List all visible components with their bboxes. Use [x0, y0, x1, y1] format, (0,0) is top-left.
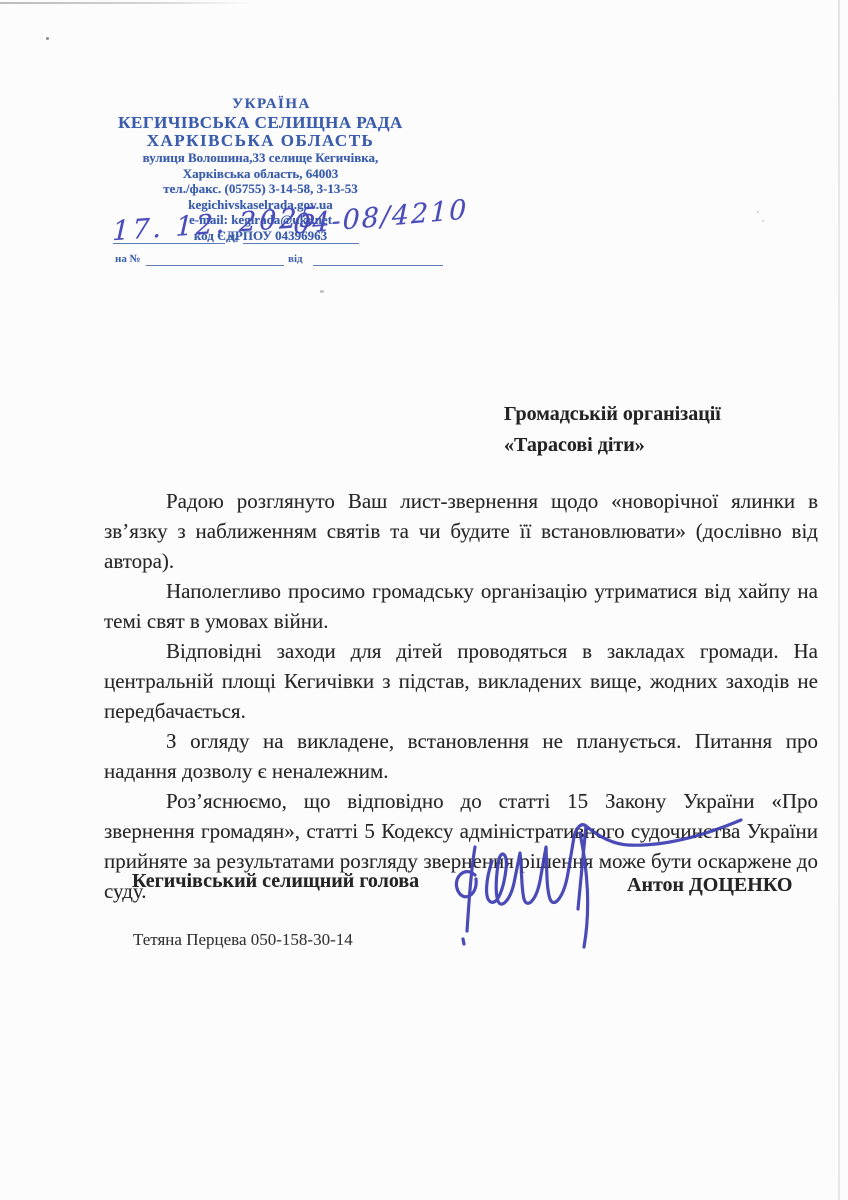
letterhead-address-line2: Харківська область, 64003 — [88, 166, 433, 182]
body-paragraph: З огляду на викладене, встановлення не п… — [104, 726, 818, 786]
scan-speck — [762, 220, 764, 222]
reply-number-label: на № — [115, 253, 141, 265]
scan-speck — [757, 211, 759, 213]
body-paragraph: Наполегливо просимо громадську організац… — [104, 576, 818, 636]
scan-speck — [320, 290, 324, 293]
reply-number-underline — [146, 265, 284, 266]
date-underline — [113, 243, 225, 244]
letterhead-council-name: КЕГИЧІВСЬКА СЕЛИЩНА РАДА — [88, 114, 433, 132]
document-page: УКРАЇНА КЕГИЧІВСЬКА СЕЛИЩНА РАДА ХАРКІВС… — [0, 0, 848, 1200]
body-paragraph: Радою розглянуто Ваш лист-звернення щодо… — [104, 486, 818, 576]
letterhead-address-line1: вулиця Волошина,33 селище Кегичівка, — [88, 150, 433, 166]
letterhead-country: УКРАЇНА — [110, 96, 433, 113]
recipient-organization: Громадській організації — [504, 399, 721, 430]
letterhead-region: ХАРКІВСЬКА ОБЛАСТЬ — [88, 132, 433, 150]
number-underline — [243, 243, 359, 244]
signer-position-title: Кегичівський селищний голова — [132, 870, 419, 893]
signer-name: Антон ДОЦЕНКО — [627, 874, 792, 897]
body-paragraph: Відповідні заходи для дітей проводяться … — [104, 636, 818, 726]
scan-page-edge — [838, 0, 840, 1200]
reply-date-underline — [313, 265, 443, 266]
letterhead-phone: тел./факс. (05755) 3-14-58, 3-13-53 — [88, 181, 433, 197]
recipient-name: «Тарасові діти» — [504, 430, 721, 461]
recipient-block: Громадській організації «Тарасові діти» — [504, 399, 721, 461]
executor-contact: Тетяна Перцева 050-158-30-14 — [133, 930, 353, 950]
scan-speck — [46, 37, 49, 40]
number-sign-label: № — [228, 233, 239, 245]
reply-date-label: від — [288, 253, 303, 265]
scan-artifact-line — [0, 2, 252, 4]
